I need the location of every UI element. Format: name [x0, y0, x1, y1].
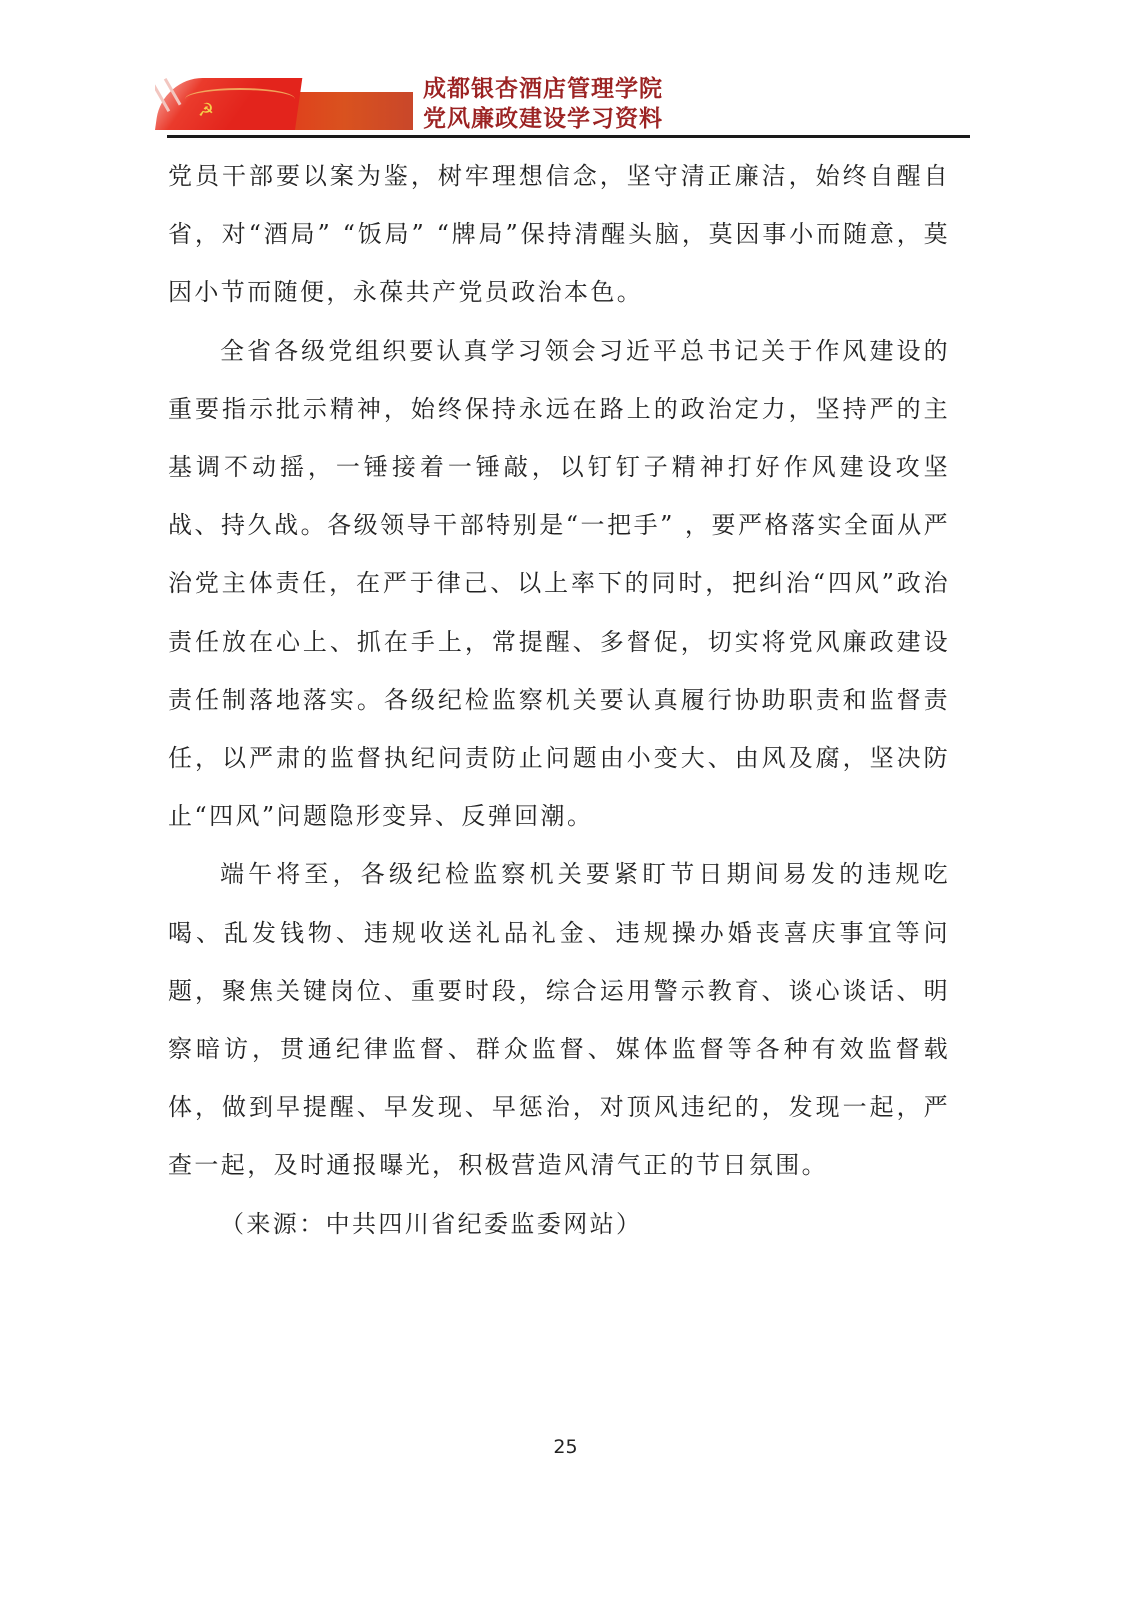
header-divider [167, 135, 970, 138]
paragraph-3: 端午将至，各级纪检监察机关要紧盯节日期间易发的违规吃喝、乱发钱物、违规收送礼品礼… [168, 845, 950, 1194]
page-number: 25 [0, 1436, 1131, 1458]
header-title-institution: 成都银杏酒店管理学院 [423, 74, 663, 104]
document-body: 党员干部要以案为鉴，树牢理想信念，坚守清正廉洁，始终自醒自省，对“酒局” “饭局… [168, 147, 950, 1253]
paragraph-1: 党员干部要以案为鉴，树牢理想信念，坚守清正廉洁，始终自醒自省，对“酒局” “饭局… [168, 147, 950, 322]
paragraph-2: 全省各级党组织要认真学习领会习近平总书记关于作风建设的重要指示批示精神，始终保持… [168, 322, 950, 846]
header-titles: 成都银杏酒店管理学院 党风廉政建设学习资料 [423, 74, 663, 134]
party-emblem-icon: ☭ [195, 100, 217, 122]
header-banner: ☭ [155, 72, 413, 130]
source-citation: （来源：中共四川省纪委监委网站） [168, 1195, 950, 1253]
header-title-subject: 党风廉政建设学习资料 [423, 104, 663, 134]
document-header: ☭ 成都银杏酒店管理学院 党风廉政建设学习资料 [155, 68, 970, 140]
